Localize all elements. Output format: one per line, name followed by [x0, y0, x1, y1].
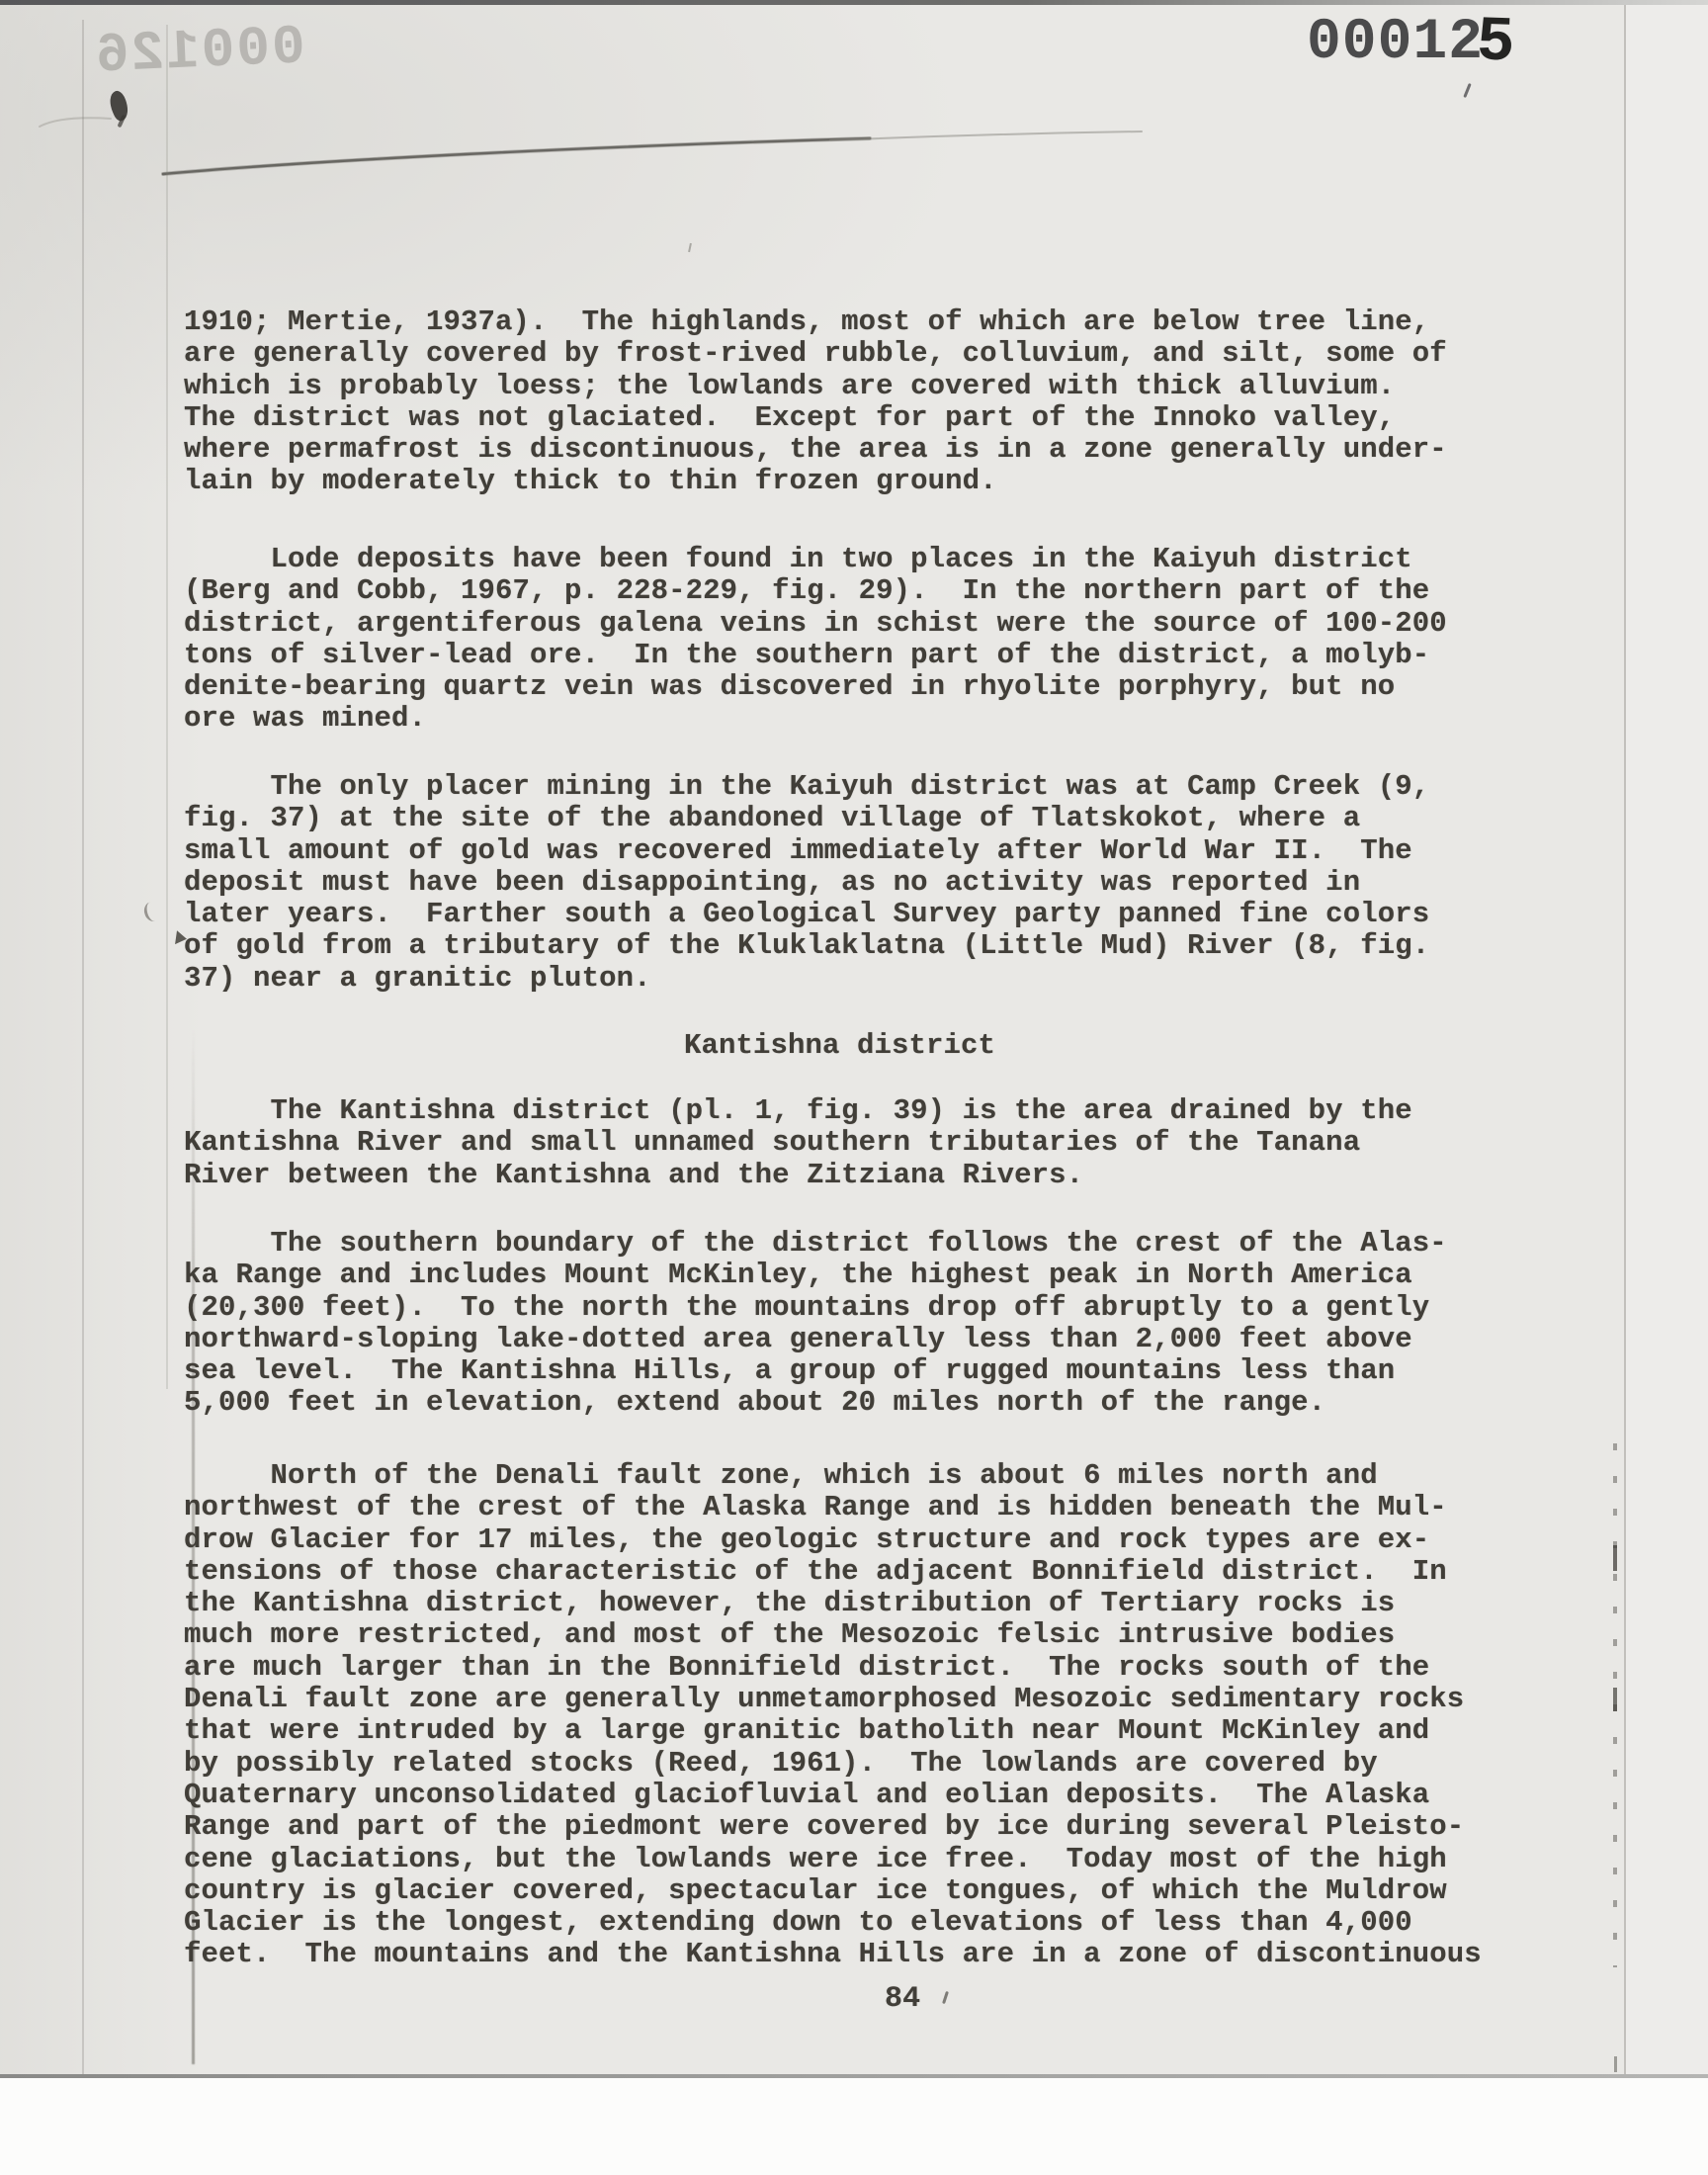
scan-fold-line — [166, 25, 168, 1389]
page-stamp-digits: 00012 — [1307, 11, 1484, 75]
scan-fold-line — [82, 20, 84, 2074]
bleedthrough-stamp: 000126 — [93, 15, 306, 87]
paper-edge-speckle — [1613, 1545, 1617, 1571]
page-stamp-overwritten-digit: 5 — [1476, 7, 1517, 79]
stray-mark — [942, 1991, 949, 2004]
pencil-line — [0, 99, 1236, 208]
paper-edge-right-strip — [1626, 0, 1708, 2078]
paragraph-4: The Kantishna district (pl. 1, fig. 39) … — [184, 1095, 1412, 1191]
paper-edge-speckle — [1614, 2056, 1617, 2072]
page-number: 84 — [885, 1983, 920, 2015]
stray-mark — [1463, 83, 1471, 98]
scanned-page: 000126 000125 1910; Mertie, 1937a). The … — [0, 0, 1708, 2078]
paragraph-6: North of the Denali fault zone, which is… — [184, 1460, 1482, 1971]
paper-edge-speckle — [1613, 1688, 1617, 1711]
paragraph-5: The southern boundary of the district fo… — [184, 1228, 1447, 1420]
paragraph-1: 1910; Mertie, 1937a). The highlands, mos… — [184, 306, 1447, 498]
stray-mark — [688, 243, 692, 252]
paper-bottom-edge — [0, 2074, 1708, 2078]
scan-top-edge — [0, 0, 1708, 5]
paragraph-3: The only placer mining in the Kaiyuh dis… — [184, 771, 1429, 995]
section-heading: Kantishna district — [684, 1030, 995, 1062]
stray-mark — [142, 900, 164, 923]
paragraph-2: Lode deposits have been found in two pla… — [184, 544, 1447, 736]
page-stamp: 000125 — [1307, 6, 1515, 77]
paper-edge-line — [1624, 0, 1626, 2076]
